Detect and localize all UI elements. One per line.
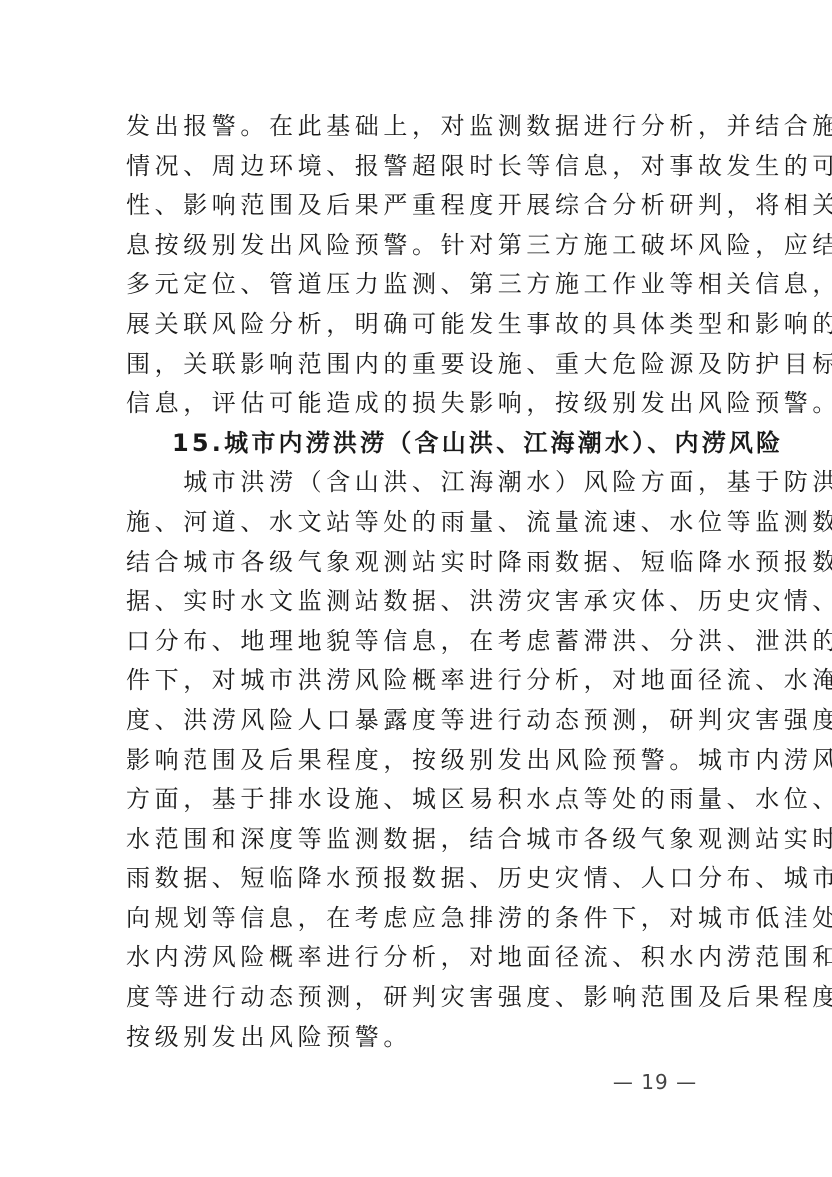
text-line: 按级别发出风险预警。 (126, 1018, 708, 1058)
text-line: 度等进行动态预测，研判灾害强度、影响范围及后果程度， (126, 978, 708, 1018)
text-line: 围，关联影响范围内的重要设施、重大危险源及防护目标等 (126, 345, 708, 385)
text-line: 水内涝风险概率进行分析，对地面径流、积水内涝范围和深 (126, 938, 708, 978)
text-line: 水范围和深度等监测数据，结合城市各级气象观测站实时降 (126, 820, 708, 860)
text-line: 结合城市各级气象观测站实时降雨数据、短临降水预报数 (126, 543, 708, 583)
text-line: 影响范围及后果程度，按级别发出风险预警。城市内涝风险 (126, 741, 708, 781)
text-line: 施、河道、水文站等处的雨量、流量流速、水位等监测数据， (126, 503, 708, 543)
text-line: 展关联风险分析，明确可能发生事故的具体类型和影响的范 (126, 305, 708, 345)
text-line: 多元定位、管道压力监测、第三方施工作业等相关信息，开 (126, 265, 708, 305)
text-line: 情况、周边环境、报警超限时长等信息，对事故发生的可能 (126, 147, 708, 187)
text-line: 雨数据、短临降水预报数据、历史灾情、人口分布、城市竖 (126, 859, 708, 899)
paragraph-2: 城市洪涝（含山洪、江海潮水）风险方面，基于防洪设 施、河道、水文站等处的雨量、流… (126, 463, 708, 1057)
section-heading: 15.城市内涝洪涝（含山洪、江海潮水）、内涝风险 (126, 424, 708, 464)
text-line: 性、影响范围及后果严重程度开展综合分析研判，将相关信 (126, 186, 708, 226)
page-number: — 19 — (600, 1070, 710, 1094)
text-line: 据、实时水文监测站数据、洪涝灾害承灾体、历史灾情、人 (126, 582, 708, 622)
text-line: 息按级别发出风险预警。针对第三方施工破坏风险，应结合 (126, 226, 708, 266)
text-line: 件下，对城市洪涝风险概率进行分析，对地面径流、水淹深 (126, 661, 708, 701)
document-page: 发出报警。在此基础上，对监测数据进行分析，并结合施工 情况、周边环境、报警超限时… (126, 107, 708, 1057)
text-line: 度、洪涝风险人口暴露度等进行动态预测，研判灾害强度、 (126, 701, 708, 741)
text-line: 方面，基于排水设施、城区易积水点等处的雨量、水位、积 (126, 780, 708, 820)
text-line: 信息，评估可能造成的损失影响，按级别发出风险预警。 (126, 384, 708, 424)
text-line: 城市洪涝（含山洪、江海潮水）风险方面，基于防洪设 (126, 463, 708, 503)
text-line: 发出报警。在此基础上，对监测数据进行分析，并结合施工 (126, 107, 708, 147)
text-line: 口分布、地理地貌等信息，在考虑蓄滞洪、分洪、泄洪的条 (126, 622, 708, 662)
text-line: 向规划等信息，在考虑应急排涝的条件下，对城市低洼处积 (126, 899, 708, 939)
paragraph-1: 发出报警。在此基础上，对监测数据进行分析，并结合施工 情况、周边环境、报警超限时… (126, 107, 708, 424)
